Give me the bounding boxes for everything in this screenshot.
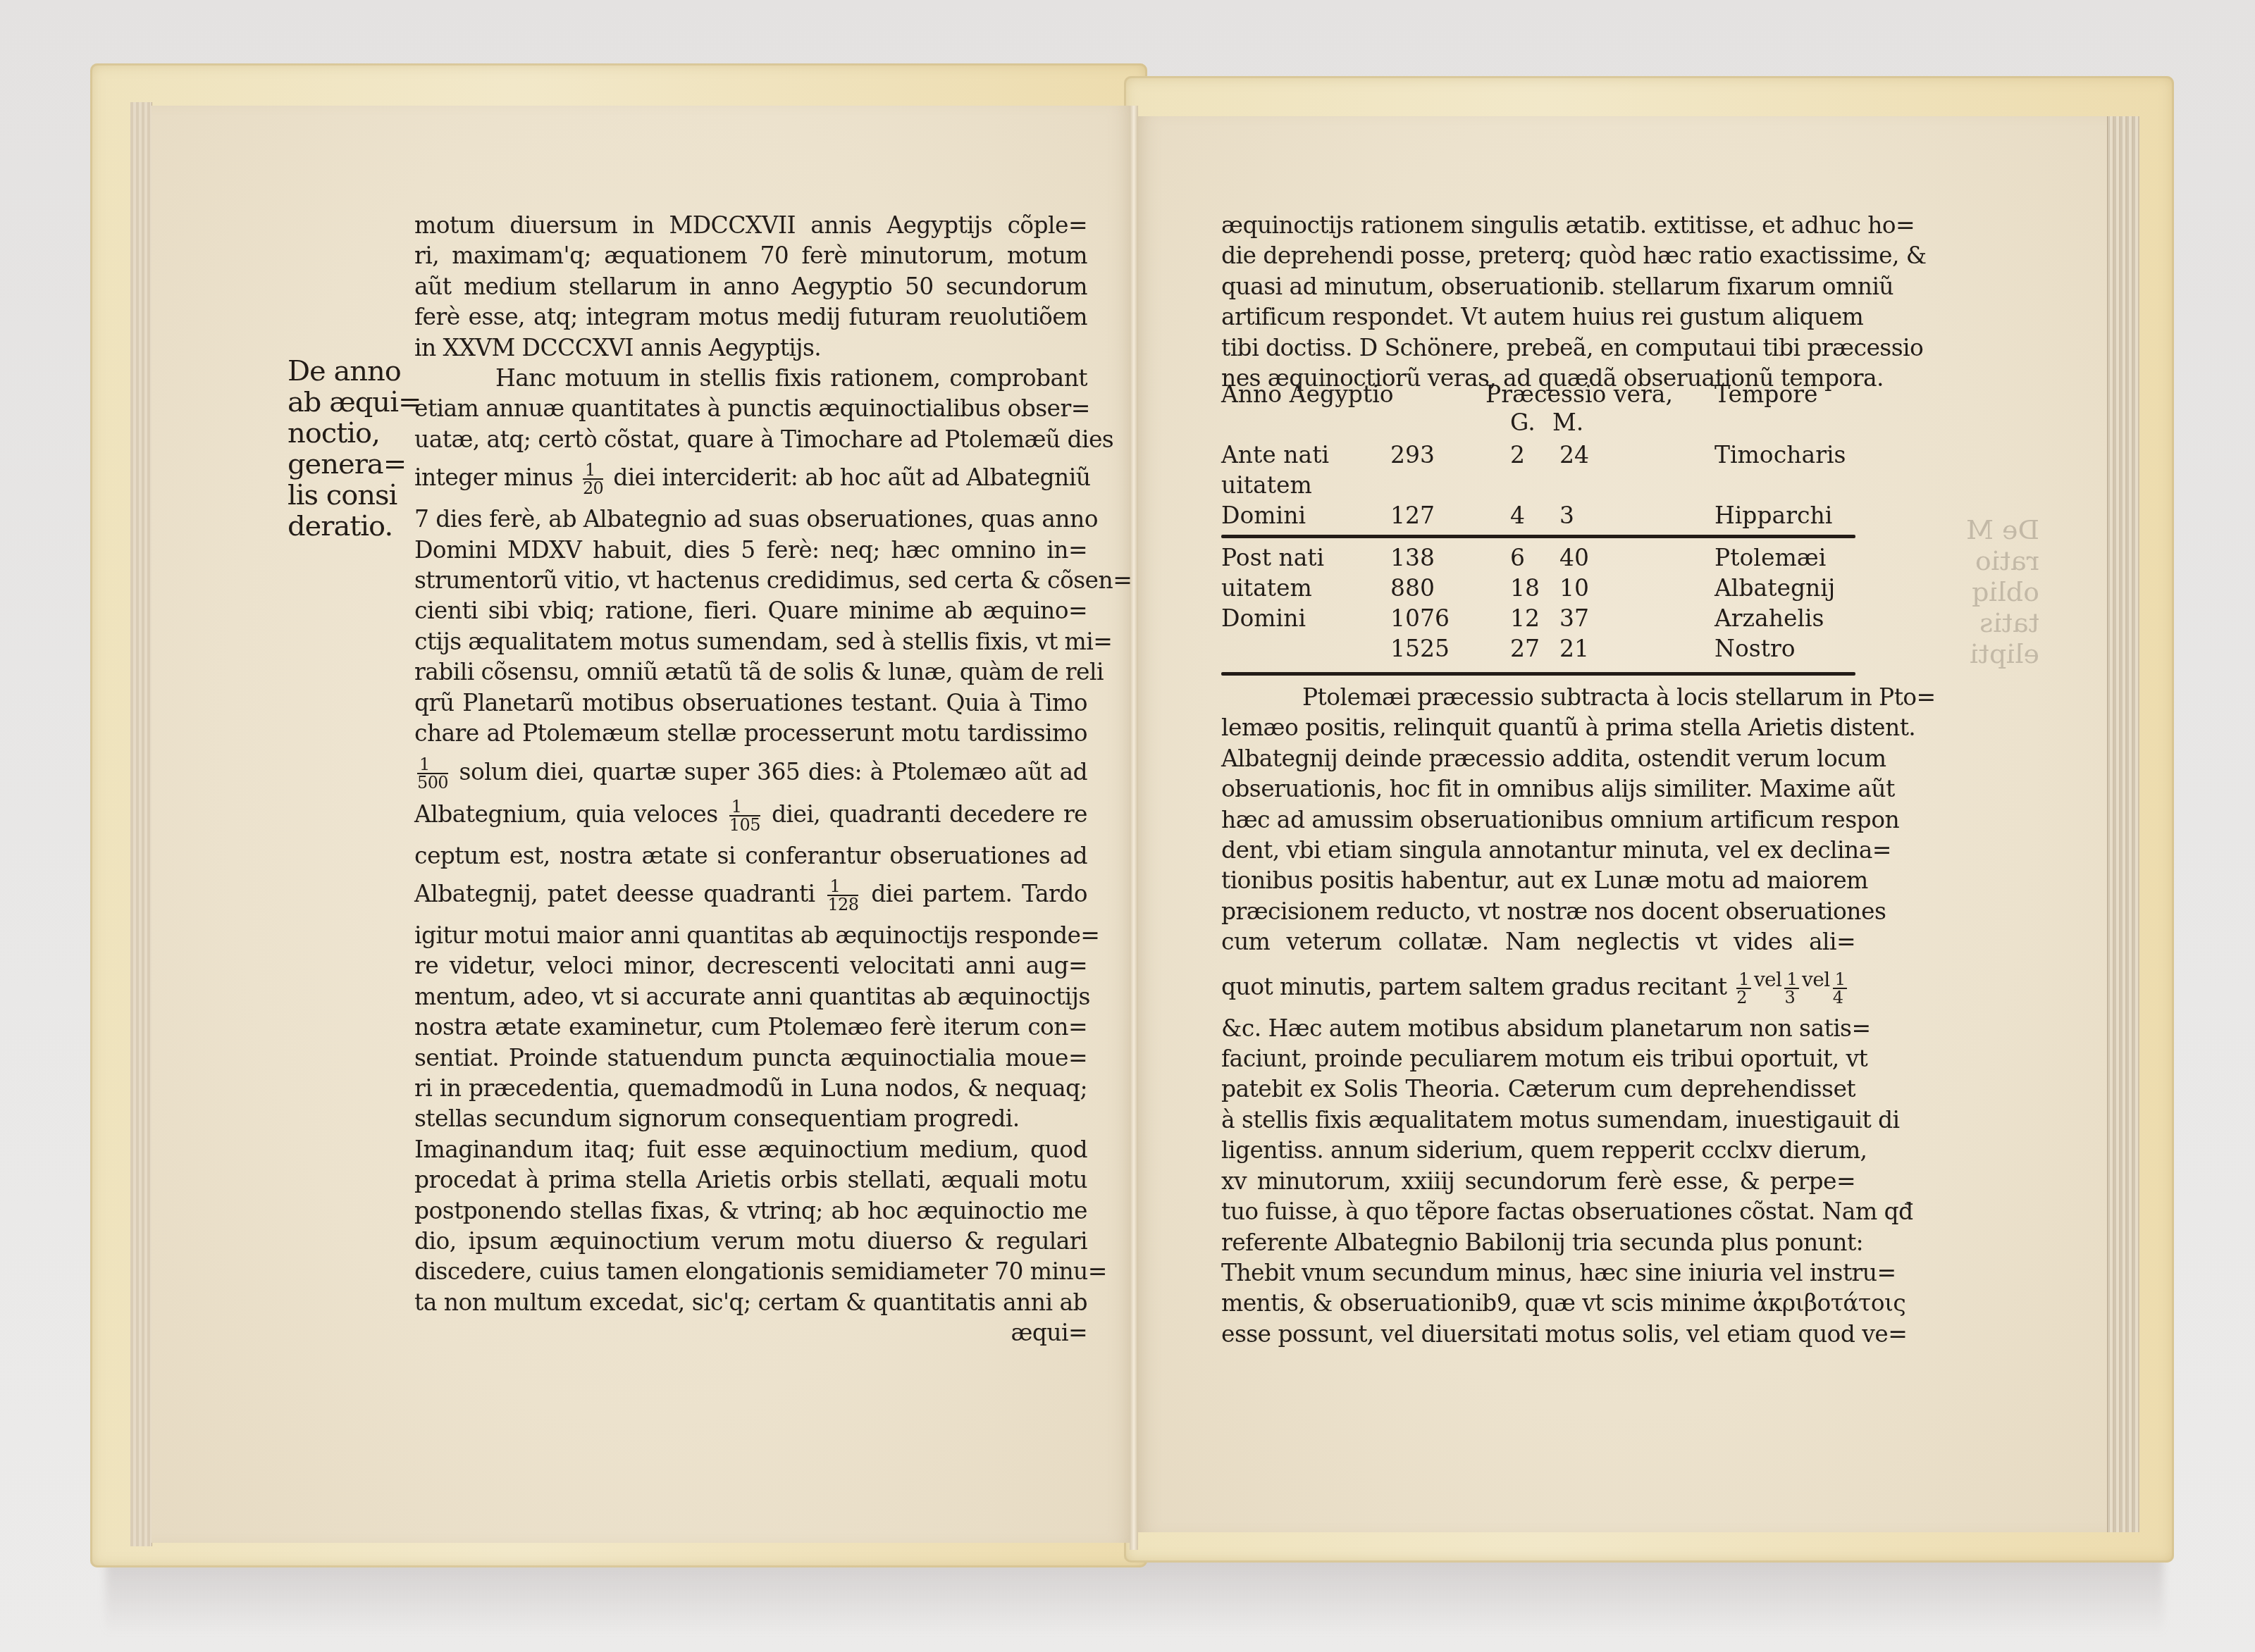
table-row: 15252721Nostro <box>1221 635 1855 665</box>
text-run: diei interciderit: ab hoc aũt ad Albateg… <box>606 464 1090 491</box>
bleed-through-line: obliq <box>1966 576 2039 607</box>
text-line: aũt medium stellarum in anno Aegyptio 50… <box>414 271 1087 302</box>
table-cell-who: Ptolemæi <box>1715 544 1826 571</box>
header-tempore: Tempore <box>1715 380 1818 408</box>
text-line: procedat à prima stella Arietis orbis st… <box>414 1165 1087 1195</box>
bleed-through-line: De M <box>1966 514 2039 545</box>
fraction-numerator: 1 <box>417 756 448 774</box>
text-line: &c. Hæc autem motibus absidum planetarum… <box>1221 1013 1855 1043</box>
text-line: in XXVM DCCCXVI annis Aegyptijs. <box>414 333 1087 363</box>
header-m: M. <box>1552 409 1583 436</box>
table-cell-m: 3 <box>1559 502 1574 529</box>
text-line: rabili cõsensu, omniũ ætatũ tã de solis … <box>414 657 1087 687</box>
text-run: diei partem. Tardo <box>861 880 1087 907</box>
text-line: à stellis fixis æqualitatem motus sumend… <box>1221 1105 1855 1135</box>
bleed-through-line: tatis <box>1966 607 2039 638</box>
text-line: die deprehendi posse, preterq; quòd hæc … <box>1221 240 1855 271</box>
table-cell-m: 10 <box>1559 574 1589 602</box>
header-anno: Anno Aegyptio <box>1221 380 1394 408</box>
text-line: Albategnium, quia veloces 1105 diei, qua… <box>414 798 1087 833</box>
margin-note: De anno ab æqui= noctio, genera= lis con… <box>288 356 414 542</box>
text-line: referente Albategnio Babilonij tria secu… <box>1221 1227 1855 1257</box>
fraction-numerator: 1 <box>1784 971 1799 989</box>
table-cell-who: Albategnij <box>1715 574 1835 602</box>
table-cell-who: Timocharis <box>1715 441 1846 468</box>
text-line: re videtur, veloci minor, decrescenti ve… <box>414 950 1087 981</box>
table-cell-m: 21 <box>1559 635 1589 662</box>
text-line: Domini MDXV habuit, dies 5 ferè: neq; hæ… <box>414 535 1087 565</box>
table-cell-g: 12 <box>1510 604 1540 632</box>
text-run: integer minus <box>414 464 580 491</box>
right-page-edges <box>2107 116 2139 1532</box>
text-line: quot minutis, partem saltem gradus recit… <box>1221 964 1855 1006</box>
text-line: xv minutorum, xxiiij secundorum ferè ess… <box>1221 1166 1855 1196</box>
text-line: quasi ad minutum, obseruationib. stellar… <box>1221 271 1855 302</box>
text-line: motum diuersum in MDCCXVII annis Aegypti… <box>414 210 1087 240</box>
table-rule <box>1221 535 1855 538</box>
table-cell-year: 127 <box>1390 502 1435 529</box>
precession-table: Anno Aegyptio Præcessio vera, G. M. Temp… <box>1221 380 1855 681</box>
table-cell-year: 880 <box>1390 574 1435 602</box>
text-line: ta non multum excedat, sic'q; certam & q… <box>414 1287 1087 1317</box>
text-line: Ptolemæi præcessio subtracta à locis ste… <box>1221 682 1855 712</box>
text-line: ctijs æqualitatem motus sumendam, sed à … <box>414 626 1087 657</box>
text-line: discedere, cuius tamen elongationis semi… <box>414 1256 1087 1286</box>
table-cell-g: 2 <box>1510 441 1525 468</box>
text-line: stellas secundum signorum consequentiam … <box>414 1103 1087 1134</box>
text-line: cum veterum collatæ. Nam neglectis vt vi… <box>1221 926 1855 957</box>
text-line: faciunt, proinde peculiarem motum eis tr… <box>1221 1043 1855 1074</box>
text-run: quot minutis, partem saltem gradus recit… <box>1221 973 1734 1000</box>
text-line: Albategnij deinde præcessio addita, oste… <box>1221 743 1855 774</box>
text-line: hæc ad amussim obseruationibus omnium ar… <box>1221 805 1855 835</box>
fraction-denominator: 2 <box>1736 989 1751 1006</box>
table-cell-year: 293 <box>1390 441 1435 468</box>
table-cell-label: Ante nati <box>1221 441 1329 468</box>
fraction: 13 <box>1784 971 1799 1006</box>
text-line: 7 dies ferè, ab Albategnio ad suas obser… <box>414 504 1087 534</box>
table-row: uitatem <box>1221 471 1855 502</box>
text-line: sentiat. Proinde statuendum puncta æquin… <box>414 1043 1087 1073</box>
text-line: mentis, & obseruationib9, quæ vt scis mi… <box>1221 1288 1855 1318</box>
margin-note-line: deratio. <box>288 511 414 542</box>
text-line: uatæ, atq; certò cõstat, quare à Timocha… <box>414 424 1087 454</box>
margin-note-line: De anno <box>288 356 414 387</box>
fraction-denominator: 128 <box>827 896 858 913</box>
table-cell-label: Domini <box>1221 502 1306 529</box>
fraction-denominator: 20 <box>583 480 603 497</box>
text-line: cienti sibi vbiq; ratione, fieri. Quare … <box>414 595 1087 626</box>
fraction: 1128 <box>827 878 858 913</box>
text-line: Thebit vnum secundum minus, hæc sine ini… <box>1221 1257 1855 1288</box>
text-line: dio, ipsum æquinoctium verum motu diuers… <box>414 1226 1087 1256</box>
fraction: 14 <box>1833 971 1848 1006</box>
fraction: 120 <box>583 461 603 497</box>
right-page-text-bottom: Ptolemæi præcessio subtracta à locis ste… <box>1221 682 1855 1349</box>
text-line: integer minus 120 diei interciderit: ab … <box>414 461 1087 497</box>
text-line: igitur motui maior anni quantitas ab æqu… <box>414 920 1087 950</box>
fraction-numerator: 1 <box>729 798 760 816</box>
table-cell-year: 138 <box>1390 544 1435 571</box>
text-run: Albategnium, quia veloces <box>414 800 727 828</box>
text-line: Imaginandum itaq; fuit esse æquinoctium … <box>414 1134 1087 1165</box>
table-cell-m: 40 <box>1559 544 1589 571</box>
table-header: Anno Aegyptio Præcessio vera, G. M. Temp… <box>1221 380 1855 441</box>
table-cell-label: uitatem <box>1221 574 1312 602</box>
margin-note-line: noctio, <box>288 418 414 449</box>
left-page-edges <box>130 102 152 1546</box>
text-line: strumentorũ vitio, vt hactenus credidimu… <box>414 565 1087 595</box>
fraction-numerator: 1 <box>827 878 858 896</box>
left-page-text: motum diuersum in MDCCXVII annis Aegypti… <box>414 210 1087 1348</box>
bleed-through-line: elipti <box>1966 638 2039 669</box>
text-run: diei, quadranti decedere re <box>763 800 1087 828</box>
margin-note-line: genera= <box>288 449 414 480</box>
text-line: nostra ætate examinetur, cum Ptolemæo fe… <box>414 1012 1087 1042</box>
text-line: tuo fuisse, à quo tẽpore factas obseruat… <box>1221 1196 1855 1226</box>
table-cell-year: 1076 <box>1390 604 1450 632</box>
text-line: etiam annuæ quantitates à punctis æquino… <box>414 393 1087 423</box>
table-row: uitatem8801810Albategnij <box>1221 574 1855 604</box>
fraction: 1105 <box>729 798 760 833</box>
text-line: mentum, adeo, vt si accurate anni quanti… <box>414 981 1087 1012</box>
table-row: Domini12743Hipparchi <box>1221 502 1855 532</box>
text-line: lemæo positis, relinquit quantũ à prima … <box>1221 712 1855 743</box>
fraction: 1500 <box>417 756 448 791</box>
text-line: tibi doctiss. D Schönere, prebeã, en com… <box>1221 333 1855 363</box>
fraction-denominator: 4 <box>1833 989 1848 1006</box>
fraction-numerator: 1 <box>583 461 603 480</box>
header-praecessio: Præcessio vera, <box>1485 380 1673 408</box>
text-line: qrũ Planetarũ motibus obseruationes test… <box>414 688 1087 718</box>
bleed-through-line: ratio <box>1966 545 2039 576</box>
table-cell-label: uitatem <box>1221 471 1312 499</box>
text-line: 1500 solum diei, quartæ super 365 dies: … <box>414 756 1087 791</box>
header-g: G. <box>1510 409 1536 436</box>
text-line: æquinoctijs rationem singulis ætatib. ex… <box>1221 210 1855 240</box>
text-line: tionibus positis habentur, aut ex Lunæ m… <box>1221 865 1855 895</box>
fraction-denominator: 105 <box>729 816 760 833</box>
text-line: artificum respondet. Vt autem huius rei … <box>1221 302 1855 332</box>
table-cell-g: 4 <box>1510 502 1525 529</box>
fraction-numerator: 1 <box>1833 971 1848 989</box>
text-line: ligentiss. annum siderium, quem repperit… <box>1221 1135 1855 1165</box>
text-line: dent, vbi etiam singula annotantur minut… <box>1221 835 1855 865</box>
text-run: Albategnij, patet deesse quadranti <box>414 880 824 907</box>
margin-note-line: ab æqui= <box>288 387 414 418</box>
text-line: ri, maximam'q; æquationem 70 ferè minuto… <box>414 240 1087 271</box>
text-line: ceptum est, nostra ætate si conferantur … <box>414 840 1087 871</box>
text-line: Hanc motuum in stellis fixis rationem, c… <box>414 363 1087 393</box>
text-line: Albategnij, patet deesse quadranti 1128 … <box>414 878 1087 913</box>
table-rule-bottom <box>1221 672 1855 676</box>
table-cell-g: 6 <box>1510 544 1525 571</box>
table-cell-m: 37 <box>1559 604 1589 632</box>
table-cell-g: 27 <box>1510 635 1540 662</box>
table-row: Domini10761237Arzahelis <box>1221 604 1855 635</box>
text-line: ri in præcedentia, quemadmodũ in Luna no… <box>414 1073 1087 1103</box>
table-cell-m: 24 <box>1559 441 1589 468</box>
right-page-text-top: æquinoctijs rationem singulis ætatib. ex… <box>1221 210 1855 393</box>
table-row: Ante nati293224Timocharis <box>1221 441 1855 471</box>
fraction: 12 <box>1736 971 1751 1006</box>
bleed-through-text: De Mratioobliqtatiselipti <box>1966 514 2039 669</box>
text-line: obseruationis, hoc fit in omnibus alijs … <box>1221 774 1855 804</box>
fraction-denominator: 500 <box>417 774 448 791</box>
table-cell-who: Arzahelis <box>1715 604 1824 632</box>
table-cell-year: 1525 <box>1390 635 1450 662</box>
table-row: Post nati138640Ptolemæi <box>1221 544 1855 574</box>
text-run: vel <box>1802 968 1830 991</box>
table-cell-label: Post nati <box>1221 544 1324 571</box>
catchword: æqui= <box>414 1317 1087 1348</box>
table-cell-g: 18 <box>1510 574 1540 602</box>
text-line: esse possunt, vel diuersitati motus soli… <box>1221 1319 1855 1349</box>
text-line: ferè esse, atq; integram motus medij fut… <box>414 302 1087 332</box>
text-line: præcisionem reducto, vt nostræ nos docen… <box>1221 896 1855 926</box>
text-run: solum diei, quartæ super 365 dies: à Pto… <box>451 758 1087 785</box>
fraction-denominator: 3 <box>1784 989 1799 1006</box>
margin-note-line: lis consi <box>288 480 414 511</box>
text-line: chare ad Ptolemæum stellæ processerunt m… <box>414 718 1087 748</box>
text-line: postponendo stellas fixas, & vtrinq; ab … <box>414 1195 1087 1226</box>
table-cell-who: Hipparchi <box>1715 502 1832 529</box>
table-cell-who: Nostro <box>1715 635 1796 662</box>
text-run: vel <box>1754 968 1782 991</box>
book-gutter <box>1130 106 1138 1550</box>
table-cell-label: Domini <box>1221 604 1306 632</box>
text-line: patebit ex Solis Theoria. Cæterum cum de… <box>1221 1074 1855 1104</box>
fraction-numerator: 1 <box>1736 971 1751 989</box>
